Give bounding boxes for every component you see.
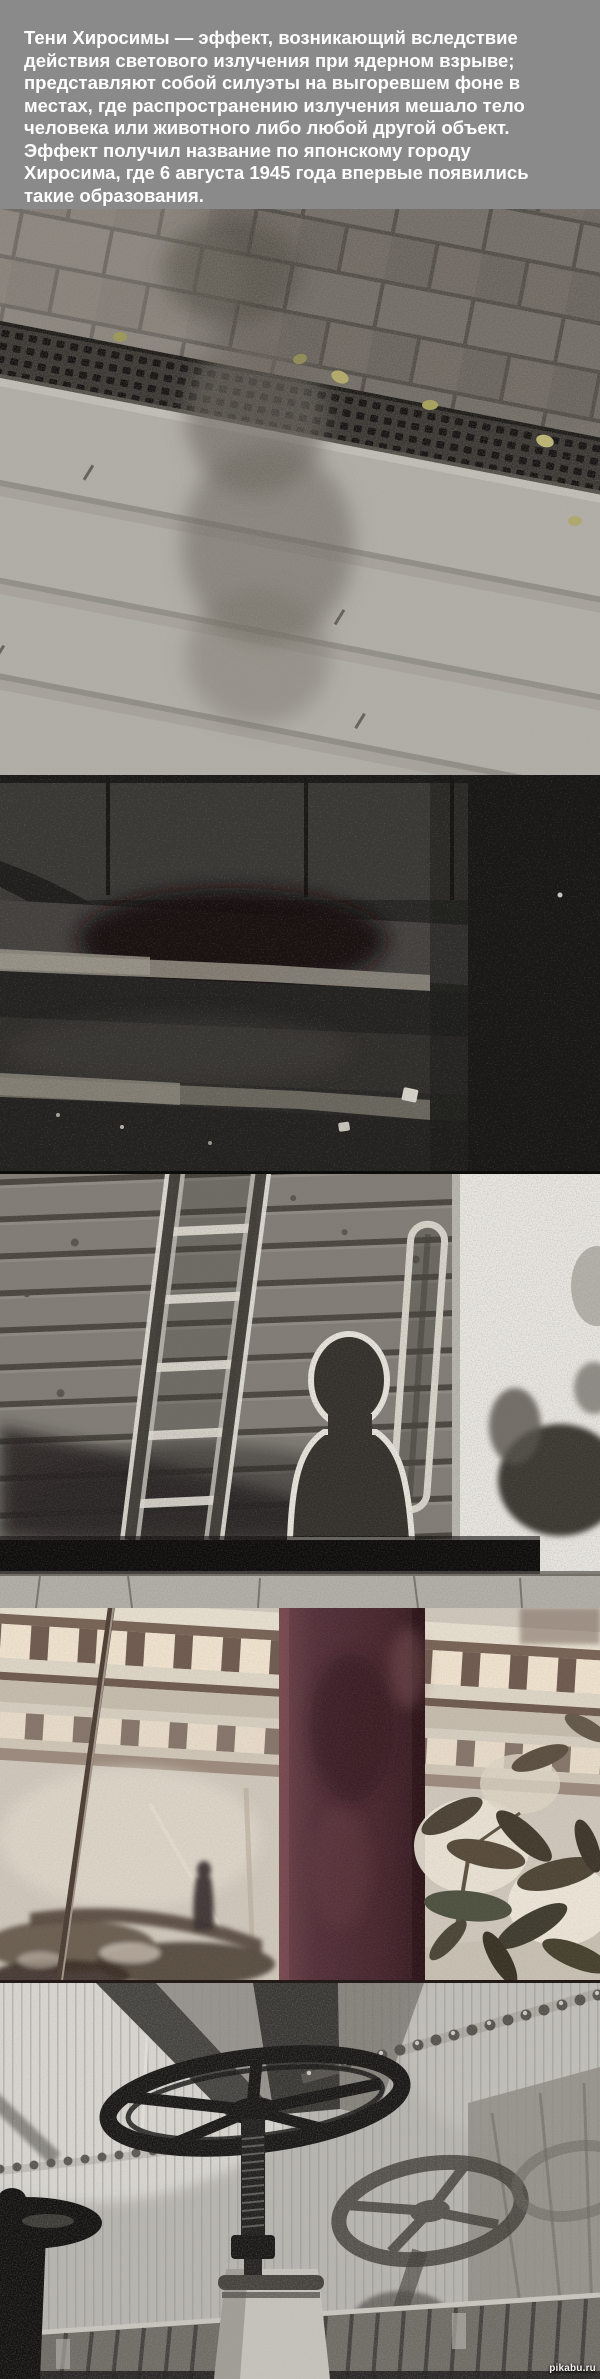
steps-shadow-art	[0, 209, 600, 775]
photo-dark-steps-shadow	[0, 775, 600, 1171]
valve-wheels-art	[0, 1983, 600, 2379]
post-text: Тени Хиросимы — эффект, возникающий всле…	[24, 27, 578, 207]
photo-valve-wheel-shadows: pikabu.ru	[0, 1983, 600, 2379]
photo-sepia-pole-ruins	[0, 1608, 600, 1983]
photo-ladder-person-shadow	[0, 1174, 600, 1608]
ladder-shadow-art	[0, 1174, 600, 1608]
post-header: Тени Хиросимы — эффект, возникающий всле…	[0, 0, 600, 209]
sepia-ruins-art	[0, 1608, 600, 1983]
watermark-text: pikabu.ru	[549, 2363, 596, 2375]
dark-steps-art	[0, 775, 600, 1171]
photo-steps-human-shadow	[0, 209, 600, 775]
post-page: Тени Хиросимы — эффект, возникающий всле…	[0, 0, 600, 2379]
